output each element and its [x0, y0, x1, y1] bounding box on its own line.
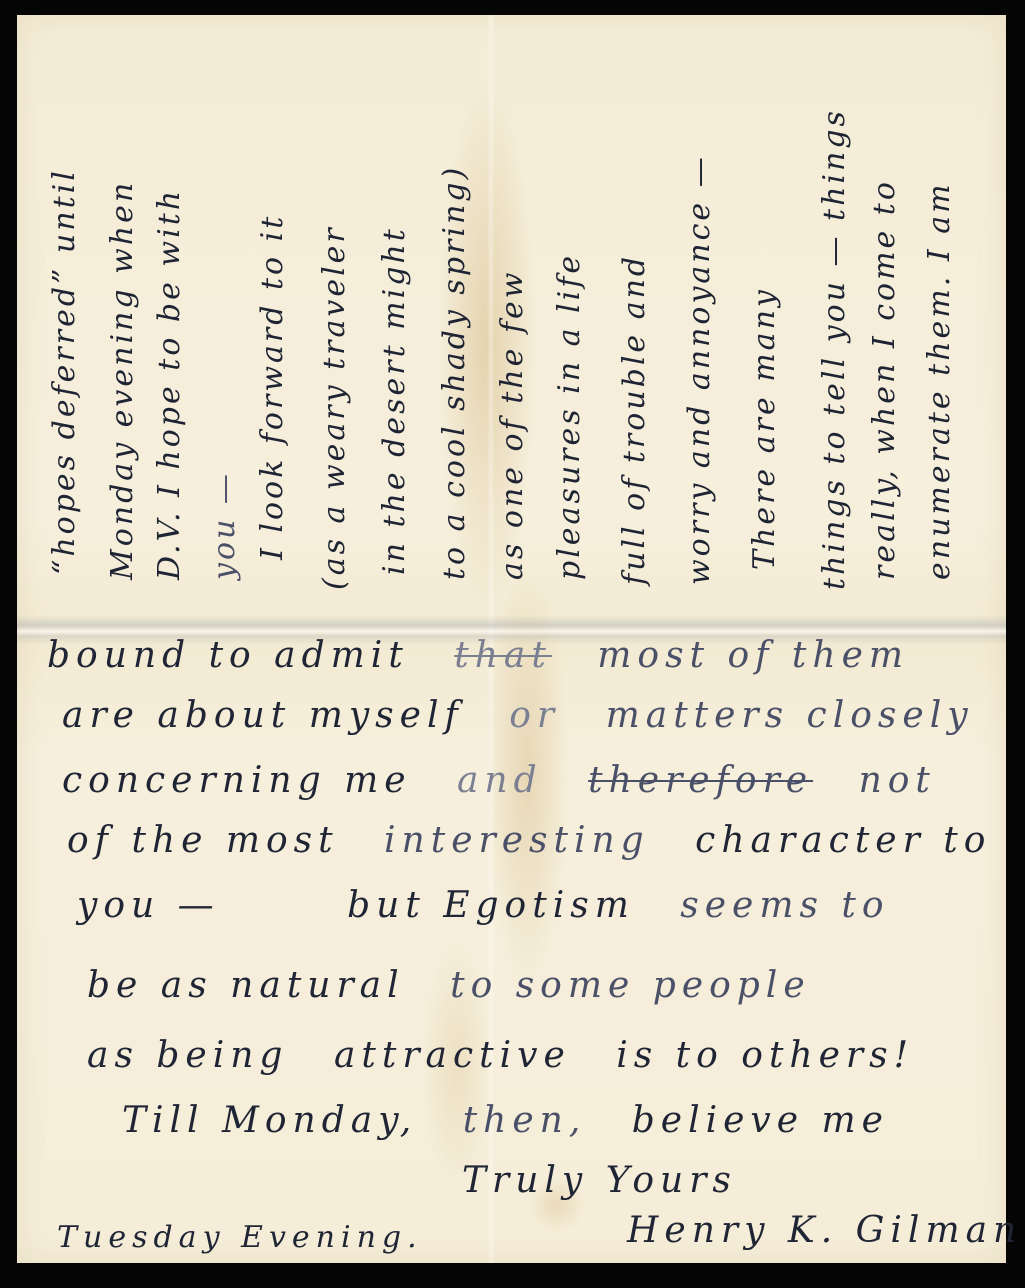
sideways-line: worry and annoyance —: [682, 154, 717, 585]
sideways-line: really, when I come to: [867, 179, 902, 580]
sideways-line: in the desert might: [377, 226, 412, 575]
sideways-line: to a cool shady spring): [437, 165, 472, 580]
sideways-line: full of trouble and: [617, 254, 652, 585]
struck-word: therefore: [588, 760, 813, 801]
text-line: of the most interesting character to: [67, 820, 1019, 861]
text-line: as being attractive is to others!: [87, 1035, 942, 1076]
text-line: bound to admit that most of them: [47, 635, 937, 676]
text-line: concerning me and therefore not: [62, 760, 964, 801]
sideways-line: “hopes deferred” until: [47, 168, 82, 575]
sideways-line: D.V. I hope to be with: [152, 188, 187, 580]
sideways-line: you —: [207, 471, 242, 580]
letter-page: “hopes deferred” until Monday evening wh…: [17, 15, 1006, 1263]
sideways-line: pleasures in a life: [552, 253, 587, 580]
date-note: Tuesday Evening.: [57, 1220, 423, 1255]
sideways-line: enumerate them. I am: [922, 181, 957, 580]
signature: Henry K. Gilman: [627, 1210, 1022, 1251]
text-line: you — but Egotism seems to: [77, 885, 918, 926]
valediction: Truly Yours: [462, 1160, 737, 1201]
sideways-line: as one of the few: [495, 270, 530, 580]
sideways-line: things to tell you — things: [817, 108, 852, 590]
sideways-line: (as a weary traveler: [317, 225, 352, 590]
text-line: are about myself or matters closely: [62, 695, 1002, 736]
scan-border: “hopes deferred” until Monday evening wh…: [0, 0, 1025, 1288]
text-line: be as natural to some people: [87, 965, 839, 1006]
sideways-line: I look forward to it: [255, 214, 290, 560]
text-line: Till Monday, then, believe me: [122, 1100, 917, 1141]
sideways-line: There are many: [747, 287, 782, 570]
sideways-line: Monday evening when: [105, 180, 140, 580]
struck-word: that: [454, 635, 552, 676]
